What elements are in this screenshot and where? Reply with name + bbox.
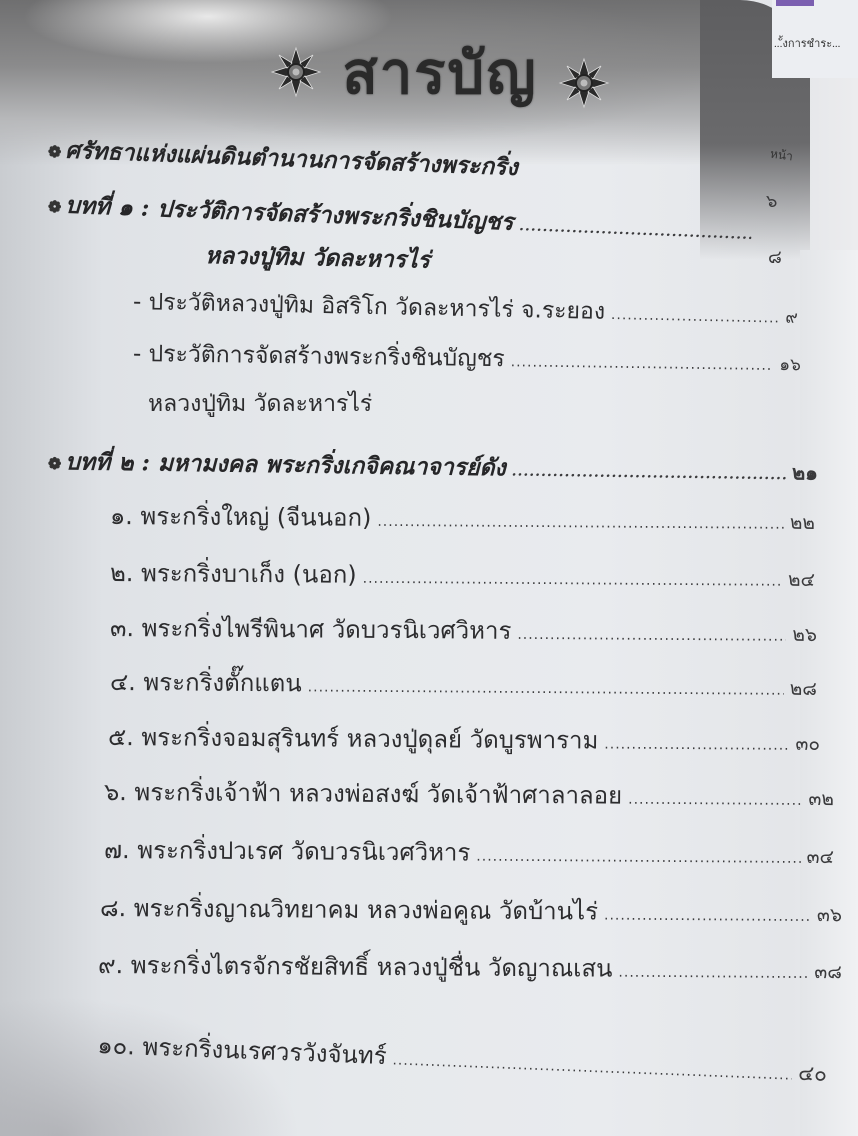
leader-dots bbox=[392, 1052, 792, 1083]
toc-entry[interactable]: - ประวัติการจัดสร้างพระกริ่งชินบัญชร ๑๖ bbox=[133, 336, 801, 381]
book-page: ...ั้งการชำระ... สารบัญ bbox=[0, 0, 858, 1136]
lotus-bullet-icon: ❁ bbox=[48, 454, 62, 473]
leader-dots bbox=[363, 571, 782, 590]
toc-entry[interactable]: ๕. พระกริ่งจอมสุรินทร์ หลวงปู่ดุลย์ วัดบ… bbox=[108, 717, 820, 761]
toc-entry-chapter-2[interactable]: ❁ บทที่ ๒ : มหามงคล พระกริ่งเกจิคณาจารย์… bbox=[48, 444, 818, 491]
toc-page-number: ๖ bbox=[766, 186, 777, 215]
leader-dots bbox=[308, 679, 784, 698]
toc-entry[interactable]: ๓. พระกริ่งไพรีพินาศ วัดบวรนิเวศวิหาร ๒๖ bbox=[110, 608, 817, 652]
leader-dots bbox=[618, 965, 808, 982]
table-of-contents: ❁ ศรัทธาแห่งแผ่นดินตำนานการจัดสร้างพระกร… bbox=[0, 0, 858, 1136]
toc-entry-cont: หลวงปู่ทิม วัดละหารไร่ bbox=[148, 386, 548, 422]
leader-dots bbox=[628, 792, 802, 809]
leader-dots bbox=[511, 354, 774, 374]
leader-dots bbox=[512, 463, 787, 483]
toc-entry[interactable]: ๖. พระกริ่งเจ้าฟ้า หลวงพ่อสงฆ์ วัดเจ้าฟ้… bbox=[104, 772, 834, 816]
toc-entry[interactable]: ❁ ศรัทธาแห่งแผ่นดินตำนานการจัดสร้างพระกร… bbox=[47, 132, 748, 195]
leader-dots bbox=[519, 218, 752, 243]
leader-dots bbox=[517, 627, 786, 645]
toc-entry[interactable]: ๔. พระกริ่งตั๊กแตน ๒๘ bbox=[110, 662, 817, 706]
toc-entry[interactable]: ๘. พระกริ่งญาณวิทยาคม หลวงพ่อคูณ วัดบ้าน… bbox=[100, 888, 842, 932]
toc-entry[interactable]: ๑๐. พระกริ่งนเรศวรวังจันทร์ ๔๐ bbox=[97, 1000, 829, 1092]
lotus-bullet-icon: ❁ bbox=[48, 197, 62, 217]
leader-dots bbox=[476, 849, 800, 867]
leader-dots bbox=[377, 514, 784, 533]
leader-dots bbox=[604, 908, 811, 925]
toc-entry[interactable]: - ประวัติหลวงปู่ทิม อิสริโก วัดละหารไร่ … bbox=[133, 284, 799, 334]
leader-dots bbox=[611, 307, 780, 327]
toc-entry[interactable]: ๑. พระกริ่งใหญ่ (จีนนอก) ๒๒ bbox=[110, 496, 815, 540]
toc-entry[interactable]: ๗. พระกริ่งปวเรศ วัดบวรนิเวศวิหาร ๓๔ bbox=[104, 830, 834, 874]
toc-page-number: ๘ bbox=[768, 242, 782, 271]
lotus-bullet-icon: ❁ bbox=[48, 142, 62, 162]
toc-entry[interactable]: ๙. พระกริ่งไตรจักรชัยสิทธิ์ หลวงปู่ชื่น … bbox=[98, 945, 842, 989]
toc-entry[interactable]: ๒. พระกริ่งบาเก็ง (นอก) ๒๔ bbox=[110, 553, 815, 597]
leader-dots bbox=[604, 736, 789, 753]
toc-entry-chapter-1[interactable]: ❁ บทที่ ๑ : ประวัติการจัดสร้างพระกริ่งชิ… bbox=[47, 186, 758, 250]
